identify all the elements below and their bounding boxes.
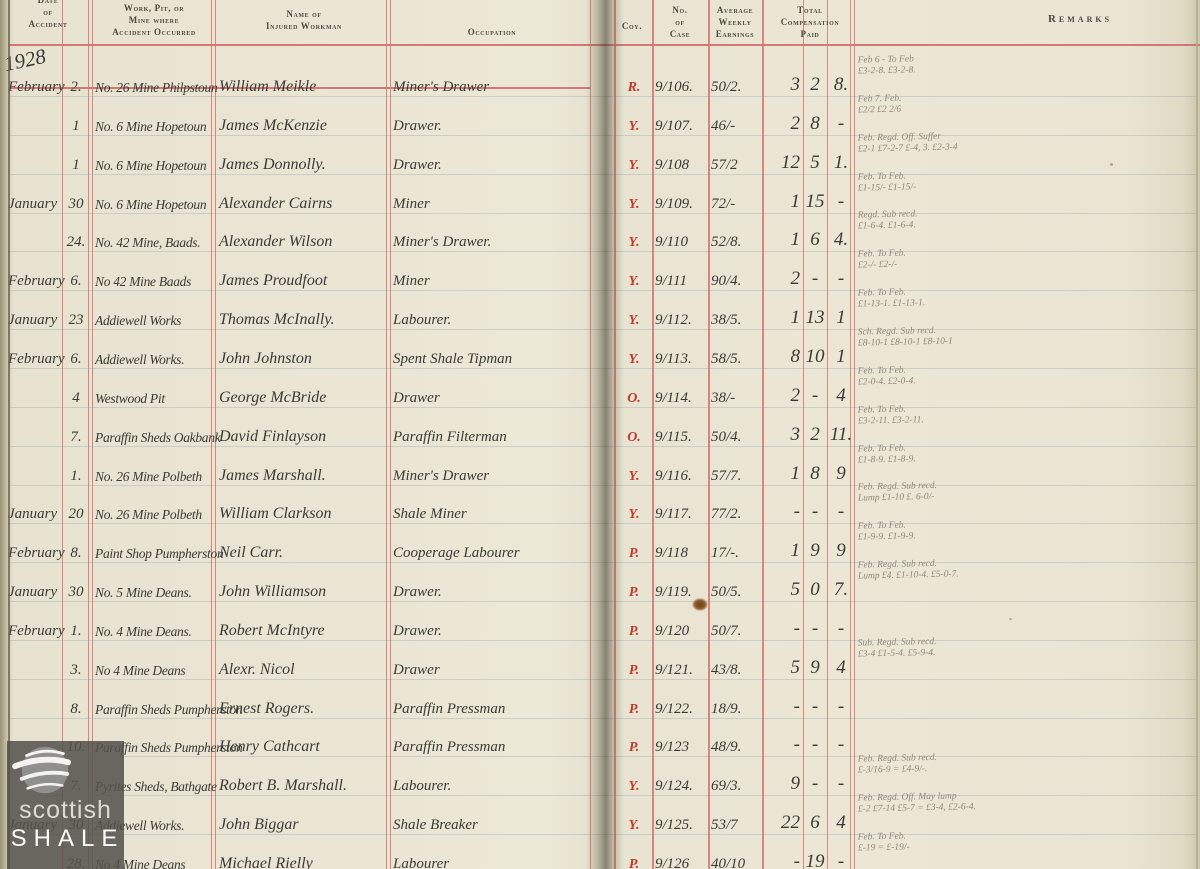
cell-work-place: Addiewell Works <box>95 313 215 329</box>
ledger-scan: Date of Accident Work, Pit, or Mine wher… <box>0 0 1200 869</box>
cell-occupation: Labourer <box>393 856 593 869</box>
cell-workman-name: Thomas McInally. <box>219 311 389 329</box>
cell-compensation-pounds: - <box>756 734 800 756</box>
cell-occupation: Miner's Drawer <box>393 79 593 96</box>
cell-compensation-pounds: 3 <box>756 74 800 96</box>
cell-compensation-shillings: - <box>804 696 826 718</box>
cell-case-number: 9/112. <box>655 312 707 329</box>
cell-weekly-earnings: 38/5. <box>711 312 759 329</box>
cell-weekly-earnings: 77/2. <box>711 506 759 523</box>
cell-work-place: No. 5 Mine Deans. <box>95 585 215 601</box>
cell-weekly-earnings: 53/7 <box>711 817 759 834</box>
cell-compensation-pence: - <box>828 268 854 290</box>
cell-workman-name: James Proudfoot <box>219 272 389 290</box>
cell-case-number: 9/114. <box>655 390 707 407</box>
cell-case-number: 9/111 <box>655 273 707 290</box>
cell-case-number: 9/125. <box>655 817 707 834</box>
cell-compensation-pounds: 12 <box>756 152 800 174</box>
cell-accident-day: 23 <box>61 312 91 329</box>
cell-occupation: Spent Shale Tipman <box>393 351 593 368</box>
paper-speck <box>1110 163 1113 166</box>
cell-weekly-earnings: 72/- <box>711 196 759 213</box>
cell-compensation-pence: 1 <box>828 346 854 368</box>
cell-workman-name: James Donnolly. <box>219 156 389 174</box>
cell-occupation: Paraffin Pressman <box>393 739 593 756</box>
cell-compensation-pounds: 2 <box>756 113 800 135</box>
cell-compensation-pence: - <box>828 191 854 213</box>
cell-occupation: Cooperage Labourer <box>393 545 593 562</box>
cell-work-place: No 4 Mine Deans <box>95 663 215 679</box>
cell-compensation-pounds: 3 <box>756 424 800 446</box>
cell-workman-name: James McKenzie <box>219 117 389 135</box>
cell-weekly-earnings: 90/4. <box>711 273 759 290</box>
cell-case-number: 9/106. <box>655 79 707 96</box>
cell-compensation-pounds: - <box>756 696 800 718</box>
cell-accident-day: 30 <box>61 584 91 601</box>
cell-compensation-shillings: 6 <box>804 229 826 251</box>
cell-workman-name: Robert McIntyre <box>219 622 389 640</box>
cell-compensation-pence: - <box>828 113 854 135</box>
cell-weekly-earnings: 58/5. <box>711 351 759 368</box>
cell-weekly-earnings: 57/7. <box>711 468 759 485</box>
cell-workman-name: John Williamson <box>219 583 389 601</box>
cell-work-place: Addiewell Works. <box>95 352 215 368</box>
cell-compensation-pence: - <box>828 734 854 756</box>
cell-weekly-earnings: 50/2. <box>711 79 759 96</box>
cell-compensation-pounds: 8 <box>756 346 800 368</box>
header-remarks: Remarks <box>900 12 1200 27</box>
cell-compensation-pounds: 9 <box>756 773 800 795</box>
cell-weekly-earnings: 57/2 <box>711 157 759 174</box>
cell-accident-month: February <box>8 623 64 640</box>
cell-work-place: Paraffin Sheds Oakbank <box>95 430 215 446</box>
cell-accident-month: January <box>8 584 64 601</box>
cell-accident-month: January <box>8 506 64 523</box>
cell-compensation-pounds: 1 <box>756 229 800 251</box>
cell-accident-day: 4 <box>61 390 91 407</box>
cell-compensation-pounds: - <box>756 851 800 869</box>
cell-occupation: Paraffin Pressman <box>393 701 593 718</box>
cell-work-place: Westwood Pit <box>95 391 215 407</box>
cell-compensation-shillings: 13 <box>804 307 826 329</box>
cell-weekly-earnings: 50/4. <box>711 429 759 446</box>
cell-work-place: No. 4 Mine Deans. <box>95 624 215 640</box>
cell-accident-day: 20 <box>61 506 91 523</box>
cell-case-number: 9/108 <box>655 157 707 174</box>
cell-workman-name: George McBride <box>219 389 389 407</box>
header-work: Work, Pit, or Mine where Accident Occurr… <box>94 2 214 38</box>
cell-occupation: Drawer. <box>393 584 593 601</box>
cell-accident-day: 6. <box>61 351 91 368</box>
cell-accident-day: 1 <box>61 157 91 174</box>
cell-accident-month: February <box>8 273 64 290</box>
cell-compensation-pence: 4. <box>828 229 854 251</box>
cell-workman-name: Alexander Cairns <box>219 195 389 213</box>
cell-compensation-pence: 1. <box>828 152 854 174</box>
cell-accident-month: February <box>8 351 64 368</box>
cell-accident-month: January <box>8 196 64 213</box>
cell-compensation-pence: 9 <box>828 463 854 485</box>
cell-compensation-shillings: - <box>804 385 826 407</box>
cell-occupation: Drawer. <box>393 118 593 135</box>
cell-compensation-pounds: 2 <box>756 268 800 290</box>
cell-accident-day: 24. <box>61 234 91 251</box>
cell-accident-month: January <box>8 312 64 329</box>
cell-case-number: 9/116. <box>655 468 707 485</box>
cell-compensation-shillings: 2 <box>804 74 826 96</box>
cell-workman-name: William Clarkson <box>219 505 389 523</box>
header-case: No. of Case <box>652 4 708 40</box>
cell-weekly-earnings: 50/7. <box>711 623 759 640</box>
cell-occupation: Drawer <box>393 390 593 407</box>
cell-compensation-shillings: 9 <box>804 657 826 679</box>
cell-accident-day: 8. <box>61 545 91 562</box>
cell-accident-day: 2. <box>61 79 91 96</box>
cell-work-place: No. 42 Mine, Baads. <box>95 235 215 251</box>
cell-weekly-earnings: 40/10 <box>711 856 759 869</box>
cell-compensation-pounds: 1 <box>756 191 800 213</box>
paper-stain <box>692 598 708 611</box>
cell-work-place: Paint Shop Pumpherston <box>95 546 215 562</box>
cell-workman-name: John Biggar <box>219 816 389 834</box>
cell-accident-day: 1 <box>61 118 91 135</box>
cell-workman-name: James Marshall. <box>219 467 389 485</box>
cell-compensation-pounds: 2 <box>756 385 800 407</box>
page-edge-right <box>1196 0 1198 869</box>
cell-occupation: Miner <box>393 196 593 213</box>
cell-work-place: No. 26 Mine Polbeth <box>95 507 215 523</box>
cell-accident-day: 6. <box>61 273 91 290</box>
cell-remark-pencil-note: Feb. To Feb. £-19 = £-19/- <box>858 825 1199 869</box>
cell-compensation-pence: 4 <box>828 657 854 679</box>
cell-compensation-pence: - <box>828 618 854 640</box>
cell-workman-name: David Finlayson <box>219 428 389 446</box>
cell-occupation: Drawer. <box>393 623 593 640</box>
cell-compensation-pence: - <box>828 851 854 869</box>
cell-case-number: 9/120 <box>655 623 707 640</box>
cell-case-number: 9/117. <box>655 506 707 523</box>
page-edge-left <box>8 0 10 869</box>
cell-compensation-shillings: 5 <box>804 152 826 174</box>
cell-compensation-pence: 11. <box>828 424 854 446</box>
cell-work-place: Paraffin Sheds Pumpherston <box>95 702 215 718</box>
cell-workman-name: Henry Cathcart <box>219 738 389 756</box>
cell-occupation: Shale Miner <box>393 506 593 523</box>
header-date: Date of Accident <box>8 0 88 30</box>
cell-compensation-shillings: 9 <box>804 540 826 562</box>
cell-compensation-pence: 9 <box>828 540 854 562</box>
cell-compensation-shillings: 8 <box>804 113 826 135</box>
cell-weekly-earnings: 38/- <box>711 390 759 407</box>
cell-case-number: 9/115. <box>655 429 707 446</box>
cell-accident-day: 3. <box>61 662 91 679</box>
cell-weekly-earnings: 69/3. <box>711 778 759 795</box>
watermark-text-scottish: scottish <box>7 796 124 825</box>
cell-workman-name: William Meikle <box>219 78 389 96</box>
header-occupation: Occupation <box>392 26 592 38</box>
cell-compensation-shillings: - <box>804 618 826 640</box>
cell-compensation-pence: 4 <box>828 385 854 407</box>
cell-accident-day: 30 <box>61 196 91 213</box>
cell-accident-day: 1. <box>61 468 91 485</box>
cell-accident-day: 7. <box>61 429 91 446</box>
cell-weekly-earnings: 18/9. <box>711 701 759 718</box>
cell-compensation-shillings: - <box>804 501 826 523</box>
cell-occupation: Miner's Drawer. <box>393 234 593 251</box>
cell-compensation-shillings: 15 <box>804 191 826 213</box>
header-compensation: Total Compensation Paid <box>764 4 856 40</box>
cell-case-number: 9/121. <box>655 662 707 679</box>
cell-accident-day: 1. <box>61 623 91 640</box>
header-earnings: Average Weekly Earnings <box>706 4 764 40</box>
cell-occupation: Miner <box>393 273 593 290</box>
cell-occupation: Drawer. <box>393 157 593 174</box>
cell-work-place: No. 26 Mine Polbeth <box>95 469 215 485</box>
cell-compensation-pence: 1 <box>828 307 854 329</box>
cell-compensation-pounds: - <box>756 501 800 523</box>
cell-compensation-pounds: 1 <box>756 540 800 562</box>
cell-compensation-pence: - <box>828 501 854 523</box>
cell-accident-month: February <box>8 79 64 96</box>
cell-compensation-pounds: 1 <box>756 463 800 485</box>
cell-case-number: 9/124. <box>655 778 707 795</box>
cell-compensation-pounds: 22 <box>756 812 800 834</box>
cell-weekly-earnings: 52/8. <box>711 234 759 251</box>
cell-compensation-pence: - <box>828 773 854 795</box>
watermark-text-shale: SHALE <box>9 825 126 853</box>
cell-case-number: 9/118 <box>655 545 707 562</box>
paper-speck <box>1009 618 1012 620</box>
cell-workman-name: Ernest Rogers. <box>219 700 389 718</box>
cell-occupation: Shale Breaker <box>393 817 593 834</box>
cell-compensation-pence: 8. <box>828 74 854 96</box>
cell-weekly-earnings: 48/9. <box>711 739 759 756</box>
header-name: Name of Injured Workman <box>220 8 388 32</box>
cell-case-number: 9/122. <box>655 701 707 718</box>
cell-weekly-earnings: 46/- <box>711 118 759 135</box>
cell-compensation-pounds: 1 <box>756 307 800 329</box>
cell-compensation-pounds: - <box>756 618 800 640</box>
cell-occupation: Labourer. <box>393 312 593 329</box>
cell-occupation: Drawer <box>393 662 593 679</box>
cell-accident-day: 8. <box>61 701 91 718</box>
cell-weekly-earnings: 17/-. <box>711 545 759 562</box>
cell-case-number: 9/109. <box>655 196 707 213</box>
cell-compensation-pounds: 5 <box>756 657 800 679</box>
cell-compensation-shillings: 19 <box>804 851 826 869</box>
cell-compensation-pounds: 5 <box>756 579 800 601</box>
cell-compensation-shillings: 8 <box>804 463 826 485</box>
cell-compensation-shillings: - <box>804 268 826 290</box>
cell-occupation: Miner's Drawer <box>393 468 593 485</box>
cell-compensation-shillings: - <box>804 734 826 756</box>
cell-work-place: No. 26 Mine Philpstoun <box>95 80 215 96</box>
cell-weekly-earnings: 43/8. <box>711 662 759 679</box>
cell-compensation-pence: - <box>828 696 854 718</box>
cell-case-number: 9/123 <box>655 739 707 756</box>
scottish-shale-watermark: scottish SHALE <box>7 741 124 869</box>
cell-workman-name: Robert B. Marshall. <box>219 777 389 795</box>
cell-compensation-shillings: 10 <box>804 346 826 368</box>
cell-work-place: No. 6 Mine Hopetoun <box>95 197 215 213</box>
cell-occupation: Labourer. <box>393 778 593 795</box>
cell-weekly-earnings: 50/5. <box>711 584 759 601</box>
cell-workman-name: Michael Rielly <box>219 855 389 869</box>
cell-workman-name: Alexr. Nicol <box>219 661 389 679</box>
cell-accident-month: February <box>8 545 64 562</box>
cell-compensation-pence: 4 <box>828 812 854 834</box>
cell-case-number: 9/113. <box>655 351 707 368</box>
cell-compensation-shillings: - <box>804 773 826 795</box>
cell-case-number: 9/110 <box>655 234 707 251</box>
cell-case-number: 9/107. <box>655 118 707 135</box>
cell-compensation-shillings: 2 <box>804 424 826 446</box>
cell-occupation: Paraffin Filterman <box>393 429 593 446</box>
cell-compensation-shillings: 0 <box>804 579 826 601</box>
cell-case-number: 9/126 <box>655 856 707 869</box>
cell-work-place: No 42 Mine Baads <box>95 274 215 290</box>
cell-workman-name: Neil Carr. <box>219 544 389 562</box>
cell-workman-name: John Johnston <box>219 350 389 368</box>
cell-work-place: No. 6 Mine Hopetoun <box>95 158 215 174</box>
cell-compensation-pence: 7. <box>828 579 854 601</box>
cell-compensation-shillings: 6 <box>804 812 826 834</box>
cell-workman-name: Alexander Wilson <box>219 233 389 251</box>
book-gutter-shadow <box>586 0 624 869</box>
cell-work-place: No. 6 Mine Hopetoun <box>95 119 215 135</box>
globe-icon <box>15 743 73 801</box>
